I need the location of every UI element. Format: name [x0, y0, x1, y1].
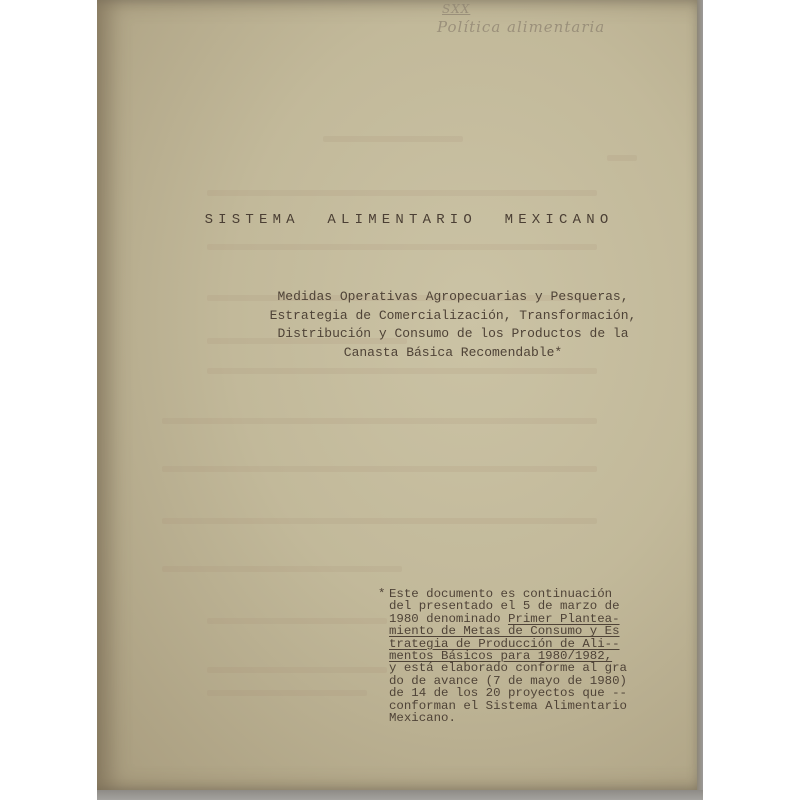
handwritten-note: Política alimentaria	[437, 18, 605, 36]
footnote-line: Mexicano.	[389, 712, 627, 724]
subtitle-line: Medidas Operativas Agropecuarias y Pesqu…	[243, 288, 663, 307]
footnote-text: Mexicano.	[389, 711, 456, 725]
footnote: * Este documento es continuacióndel pres…	[389, 588, 627, 724]
subtitle-line: Estrategia de Comercialización, Transfor…	[243, 307, 663, 326]
footnote-marker: *	[378, 588, 385, 600]
subtitle-line: Canasta Básica Recomendable*	[243, 344, 663, 363]
handwritten-code: SXX	[442, 2, 470, 16]
scanned-page: SXX Política alimentaria SISTEMA ALIMENT…	[97, 0, 703, 790]
document-subtitle: Medidas Operativas Agropecuarias y Pesqu…	[243, 288, 663, 362]
subtitle-line: Distribución y Consumo de los Productos …	[243, 325, 663, 344]
scanner-bottom-edge	[97, 790, 703, 800]
footnote-body: Este documento es continuacióndel presen…	[389, 588, 627, 724]
document-title: SISTEMA ALIMENTARIO MEXICANO	[97, 212, 703, 228]
page-edge	[697, 0, 703, 790]
